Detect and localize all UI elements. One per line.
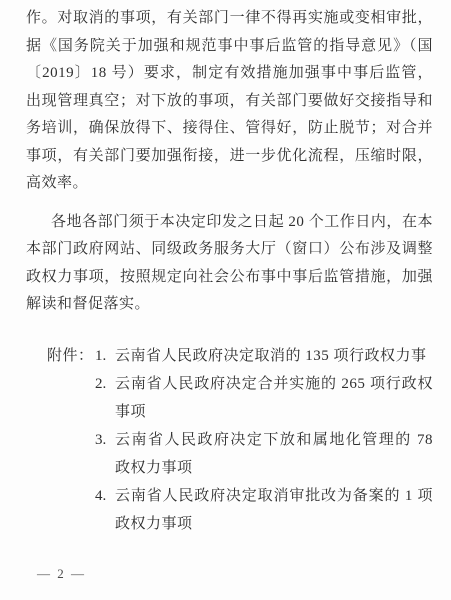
- paragraph-line: 解读和督促落实。: [26, 291, 433, 319]
- attachment-item-text: 云南省人民政府决定取消的 135 项行政权力事项: [115, 342, 433, 370]
- paragraph-line: 本部门政府网站、同级政务服务大厅（窗口）公布涉及调整的行: [26, 236, 433, 264]
- attachments-label: 附件：: [47, 342, 95, 370]
- paragraph-line: 〔2019〕18 号）要求，制定有效措施加强事中事后监管，避免: [26, 60, 433, 88]
- paragraph-line: 高效率。: [26, 170, 433, 198]
- attachment-item: 3. 云南省人民政府决定下放和属地化管理的 78 项行 政权力事项: [95, 426, 433, 482]
- attachments-section: 附件： 1. 云南省人民政府决定取消的 135 项行政权力事项 2. 云南省人民…: [26, 342, 433, 538]
- attachment-item-number: 4.: [95, 482, 115, 510]
- attachment-item-number: 1.: [95, 342, 115, 370]
- paragraph-line: 务培训，确保放得下、接得住、管得好，防止脱节；对合并的: [26, 115, 433, 143]
- attachment-item: 4. 云南省人民政府决定取消审批改为备案的 1 项行 政权力事项: [95, 482, 433, 538]
- attachment-item-text: 云南省人民政府决定合并实施的 265 项行政权力 事项: [115, 370, 433, 426]
- attachment-item: 1. 云南省人民政府决定取消的 135 项行政权力事项: [95, 342, 433, 370]
- attachment-item-line: 政权力事项: [115, 510, 433, 538]
- attachment-item-line: 云南省人民政府决定合并实施的 265 项行政权力: [115, 370, 433, 398]
- attachment-item-number: 2.: [95, 370, 115, 398]
- attachments-list: 1. 云南省人民政府决定取消的 135 项行政权力事项 2. 云南省人民政府决定…: [95, 342, 433, 538]
- attachment-item-number: 3.: [95, 426, 115, 454]
- paragraph-line: 据《国务院关于加强和规范事中事后监管的指导意见》（国发: [26, 33, 433, 61]
- attachment-item-text: 云南省人民政府决定取消审批改为备案的 1 项行 政权力事项: [115, 482, 433, 538]
- attachment-item-line: 云南省人民政府决定取消审批改为备案的 1 项行: [115, 482, 433, 510]
- paragraph-line: 出现管理真空；对下放的事项，有关部门要做好交接指导和业: [26, 88, 433, 116]
- paragraph-continuation: 作。对取消的事项，有关部门一律不得再实施或变相审批，并根 据《国务院关于加强和规…: [26, 5, 433, 198]
- page-number: — 2 —: [37, 566, 86, 582]
- paragraph-line: 政权力事项，按照规定向社会公布事中事后监管措施，加强宣传: [26, 264, 433, 292]
- document-body: 作。对取消的事项，有关部门一律不得再实施或变相审批，并根 据《国务院关于加强和规…: [0, 0, 451, 538]
- attachment-item-text: 云南省人民政府决定下放和属地化管理的 78 项行 政权力事项: [115, 426, 433, 482]
- paragraph-line: 作。对取消的事项，有关部门一律不得再实施或变相审批，并根: [26, 5, 433, 33]
- attachment-item-line: 事项: [115, 398, 433, 426]
- paragraph-line: 事项，有关部门要加强衔接，进一步优化流程，压缩时限，提: [26, 143, 433, 171]
- paragraph-publication-notice: 各地各部门须于本决定印发之日起 20 个工作日内，在本地 本部门政府网站、同级政…: [26, 209, 433, 319]
- document-page: 作。对取消的事项，有关部门一律不得再实施或变相审批，并根 据《国务院关于加强和规…: [0, 0, 451, 600]
- attachment-item-line: 云南省人民政府决定取消的 135 项行政权力事项: [115, 342, 433, 370]
- paragraph-line: 各地各部门须于本决定印发之日起 20 个工作日内，在本地: [26, 209, 433, 237]
- attachment-item-line: 云南省人民政府决定下放和属地化管理的 78 项行: [115, 426, 433, 454]
- attachment-item-line: 政权力事项: [115, 454, 433, 482]
- attachment-item: 2. 云南省人民政府决定合并实施的 265 项行政权力 事项: [95, 370, 433, 426]
